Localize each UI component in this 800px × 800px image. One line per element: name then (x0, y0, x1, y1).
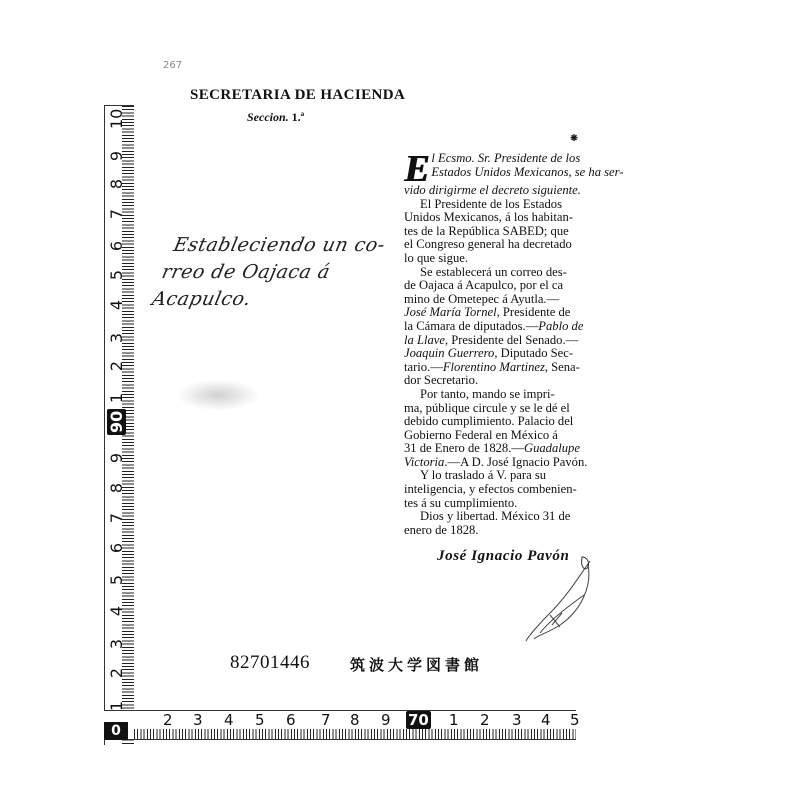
ruler-label: 5 (108, 571, 126, 589)
corner-mark-icon: ⁕ (569, 131, 579, 145)
signatory-name: Pablo de (538, 319, 583, 333)
paper-stain (178, 380, 258, 410)
decree-line: Por tanto, mando se impri- (404, 388, 586, 402)
decree-text: , Sena- (545, 360, 580, 374)
ruler-label: 3 (108, 635, 126, 653)
ruler-label: 6 (108, 539, 126, 557)
ruler-label: 3 (108, 329, 126, 347)
handwritten-margin-note: Estableciendo un co- rreo de Oajaca á Ac… (159, 232, 406, 313)
document-section: Seccion. 1.ª (247, 110, 304, 125)
decree-line: Unidos Mexicanos, á los habitan- (404, 211, 586, 225)
ruler-label: 70 (406, 712, 431, 728)
decree-line: Joaquin Guerrero, Diputado Sec- (404, 347, 586, 361)
ruler-label: 1 (108, 389, 126, 407)
signatory-name: Guadalupe (524, 441, 580, 455)
catalog-number: 82701446 (230, 652, 310, 674)
ruler-label: 10 (108, 111, 126, 129)
horizontal-scale-ruler: 2 3 4 5 6 7 8 9 70 1 2 3 4 5 (104, 710, 576, 740)
decree-line: el Congreso general ha decretado (404, 238, 586, 252)
document-header-title: SECRETARIA DE HACIENDA (190, 87, 405, 104)
decree-line: dor Secretario. (404, 374, 586, 388)
decree-line: tes de la República SABED; que (404, 225, 586, 239)
ruler-label: 2 (108, 664, 126, 682)
vertical-scale-ruler: 10 9 8 7 6 5 4 3 2 1 90 9 8 7 6 5 4 3 2 … (104, 105, 134, 745)
ruler-label: 2 (108, 357, 126, 375)
decree-line: vido dirigirme el decreto siguiente. (404, 184, 586, 198)
margin-note-line: Acapulco. (149, 286, 395, 313)
ruler-label: 6 (286, 712, 296, 728)
decree-text-column: E l Ecsmo. Sr. Presidente de los Estados… (404, 152, 586, 537)
ruler-label: 7 (108, 205, 126, 223)
library-stamp: 筑波大学図書館 (350, 654, 483, 675)
decree-line: inteligencia, y efectos combenien- (404, 483, 586, 497)
decree-text: .—A D. José Ignacio Pavón. (444, 455, 587, 469)
archive-number: 267 (163, 60, 182, 71)
decree-line: Y lo traslado á V. para su (404, 469, 586, 483)
ruler-label: 9 (108, 449, 126, 467)
decree-text: , Presidente del Senado.— (445, 333, 578, 347)
ruler-label: 8 (350, 712, 360, 728)
decree-line: l Ecsmo. Sr. Presidente de los (404, 152, 586, 166)
decree-line: de Oajaca á Acapulco, por el ca (404, 279, 586, 293)
ruler-label: 8 (108, 479, 126, 497)
decree-line: Estados Unidos Mexicanos, se ha ser- (404, 166, 586, 180)
rubric-flourish-icon (520, 555, 595, 645)
decree-line: 31 de Enero de 1828.—Guadalupe (404, 442, 586, 456)
signatory-name: Joaquin Guerrero (404, 346, 494, 360)
decree-line: la Llave, Presidente del Senado.— (404, 334, 586, 348)
ruler-label: 7 (108, 509, 126, 527)
decree-line: lo que sigue. (404, 252, 586, 266)
decree-line: Victoria.—A D. José Ignacio Pavón. (404, 456, 586, 470)
ruler-label: 90 (108, 417, 126, 435)
drop-cap: E (404, 154, 429, 184)
ruler-ticks (134, 729, 576, 739)
section-label: Seccion. (247, 110, 289, 124)
ruler-label: 9 (381, 712, 391, 728)
ruler-label: 7 (321, 712, 331, 728)
decree-line: Gobierno Federal en México á (404, 429, 586, 443)
ruler-label: 4 (108, 602, 126, 620)
ruler-label: 2 (480, 712, 490, 728)
decree-text: la Cámara de diputados.— (404, 319, 538, 333)
margin-note-line: rreo de Oajaca á (159, 259, 401, 286)
decree-line: mino de Ometepec á Ayutla.— (404, 293, 586, 307)
decree-text: 31 de Enero de 1828.— (404, 441, 524, 455)
decree-line: tes á su cumplimiento. (404, 497, 586, 511)
ruler-label: 6 (108, 237, 126, 255)
section-number: 1.ª (292, 110, 305, 124)
ruler-label: 3 (193, 712, 203, 728)
ruler-label: 5 (255, 712, 265, 728)
ruler-label: 5 (570, 712, 580, 728)
decree-line: enero de 1828. (404, 524, 586, 538)
signatory-name: la Llave (404, 333, 445, 347)
ruler-label: 2 (163, 712, 173, 728)
ruler-label: 4 (541, 712, 551, 728)
ruler-label: 4 (224, 712, 234, 728)
margin-note-line: Estableciendo un co- (171, 232, 407, 259)
decree-text: tario.— (404, 360, 443, 374)
ruler-label: 4 (108, 296, 126, 314)
decree-line: El Presidente de los Estados (404, 198, 586, 212)
decree-text: , Diputado Sec- (494, 346, 573, 360)
signatory-name: Victoria (404, 455, 444, 469)
decree-text: , Presidente de (497, 305, 571, 319)
decree-line: tario.—Florentino Martinez, Sena- (404, 361, 586, 375)
decree-line: José María Tornel, Presidente de (404, 306, 586, 320)
signatory-name: José María Tornel (404, 305, 497, 319)
ruler-label: 5 (108, 266, 126, 284)
signatory-name: Florentino Martinez (443, 360, 545, 374)
ruler-origin-badge: 0 (104, 722, 128, 740)
decree-line: debido cumplimiento. Palacio del (404, 415, 586, 429)
ruler-badge: 70 (406, 711, 431, 729)
ruler-label: 8 (108, 175, 126, 193)
ruler-badge: 90 (107, 409, 126, 435)
ruler-label: 9 (108, 147, 126, 165)
decree-line: Dios y libertad. México 31 de (404, 510, 586, 524)
decree-line: la Cámara de diputados.—Pablo de (404, 320, 586, 334)
scanned-document-page: 267 SECRETARIA DE HACIENDA Seccion. 1.ª … (0, 0, 800, 800)
decree-line: Se establecerá un correo des- (404, 266, 586, 280)
ruler-label: 1 (449, 712, 459, 728)
ruler-label: 3 (512, 712, 522, 728)
decree-line: ma, públique circule y se le dé el (404, 402, 586, 416)
